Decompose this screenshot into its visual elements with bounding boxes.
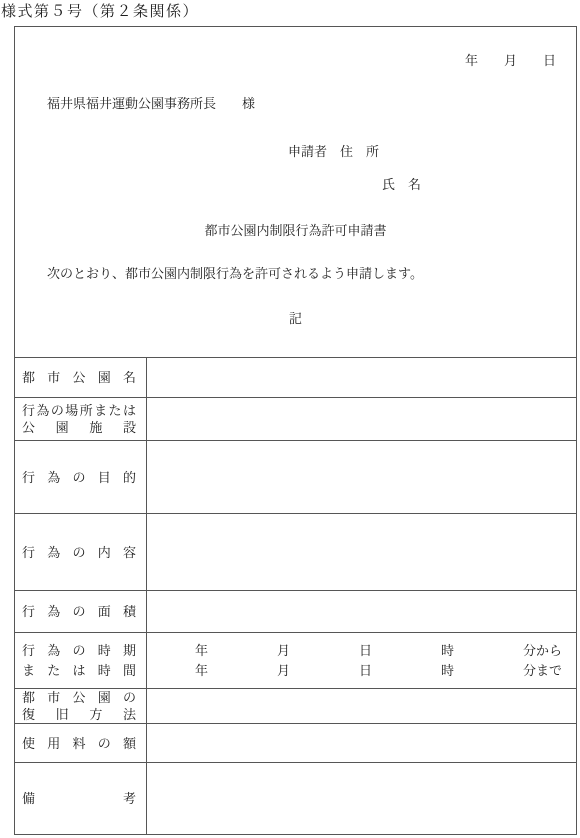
application-table: 都市公園名 行為の場所または 公園施設 行為の目的 行為の内容 行為の面積 行為… xyxy=(15,357,576,834)
applicant-name-label: 氏 名 xyxy=(382,178,421,192)
row-label-area: 行為の面積 xyxy=(15,590,147,632)
row-label-content: 行為の内容 xyxy=(15,513,147,590)
time-unit-hour: 時 xyxy=(441,641,454,661)
time-from-line: 年 月 日 時 分から xyxy=(195,641,562,661)
time-unit-year: 年 xyxy=(195,661,208,681)
row-label-restoration-method: 都市公園の 復旧方法 xyxy=(15,688,147,723)
time-unit-month: 月 xyxy=(277,661,290,681)
field-place-or-facility xyxy=(147,397,576,440)
row-label-remarks: 備考 xyxy=(15,762,147,834)
row-label-park-name: 都市公園名 xyxy=(15,357,147,397)
time-unit-hour: 時 xyxy=(441,661,454,681)
field-content xyxy=(147,513,576,590)
document-page: 様式第５号（第２条関係） 年 月 日 福井県福井運動公園事務所長 様 申請者 住… xyxy=(0,0,580,838)
time-unit-month: 月 xyxy=(277,641,290,661)
time-unit-year: 年 xyxy=(195,641,208,661)
time-unit-day: 日 xyxy=(359,641,372,661)
time-unit-minute-from: 分から xyxy=(523,641,562,661)
row-label-fee-amount: 使用料の額 xyxy=(15,723,147,762)
field-fee-amount xyxy=(147,723,576,762)
field-park-name xyxy=(147,357,576,397)
row-label-purpose: 行為の目的 xyxy=(15,440,147,513)
time-unit-day: 日 xyxy=(359,661,372,681)
row-label-period-or-time: 行為の時期 または時間 xyxy=(15,632,147,688)
record-marker: 記 xyxy=(15,312,576,326)
document-title: 都市公園内制限行為許可申請書 xyxy=(15,224,576,238)
applicant-address-label: 申請者 住 所 xyxy=(288,145,379,159)
field-period-or-time: 年 月 日 時 分から 年 月 日 時 分まで xyxy=(147,632,576,688)
addressee-line: 福井県福井運動公園事務所長 様 xyxy=(47,97,255,111)
row-label-place-or-facility: 行為の場所または 公園施設 xyxy=(15,397,147,440)
intro-sentence: 次のとおり、都市公園内制限行為を許可されるよう申請します。 xyxy=(47,267,423,281)
field-remarks xyxy=(147,762,576,834)
field-purpose xyxy=(147,440,576,513)
time-unit-minute-to: 分まで xyxy=(523,661,562,681)
time-to-line: 年 月 日 時 分まで xyxy=(195,661,562,681)
date-line: 年 月 日 xyxy=(465,54,556,68)
field-area xyxy=(147,590,576,632)
form-number-label: 様式第５号（第２条関係） xyxy=(1,4,199,20)
field-restoration-method xyxy=(147,688,576,723)
application-form-box: 年 月 日 福井県福井運動公園事務所長 様 申請者 住 所 氏 名 都市公園内制… xyxy=(14,26,577,835)
